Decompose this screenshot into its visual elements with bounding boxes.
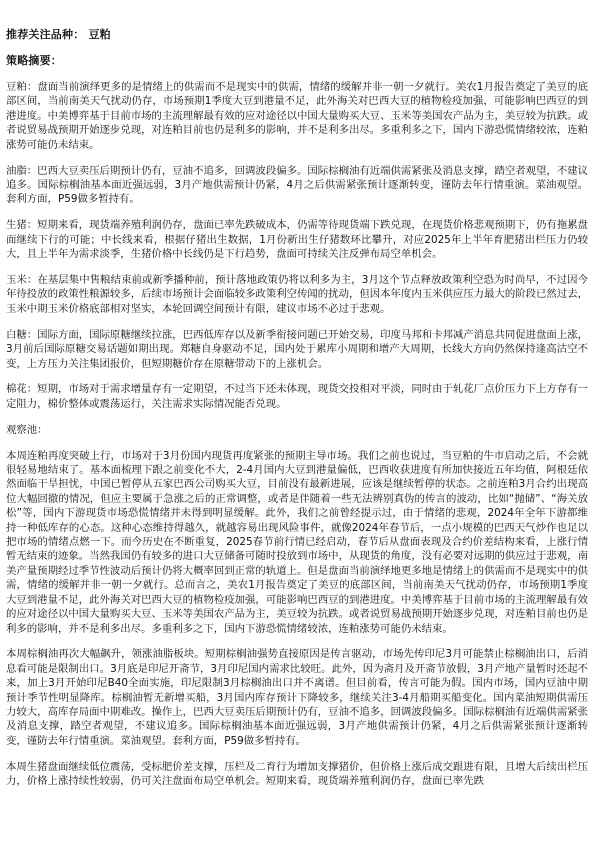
observation-paragraph-palm-oil: 本周棕榈油再次大幅飙升，领涨油脂板块。短期棕榈油强势直接原因是传言驱动，市场先传… — [6, 647, 588, 748]
strategy-item-sugar: 白糖：国际方面，国际原糖继续拉涨，巴西低库存以及新季衔接问题已开始交易，印度马邦… — [6, 328, 588, 371]
strategy-item-soymeal: 豆粕：盘面当前演绎更多的是情绪上的供需而不是现实中的供需，情绪的缓解并非一朝一夕… — [6, 80, 588, 152]
strategy-item-hogs: 生猪：短期来看，现货端养殖利润仍存，盘面已率先跌破成本，仍需等待现货端下跌兑现，… — [6, 218, 588, 261]
strategy-summary-heading: 策略摘要： — [6, 54, 588, 68]
strategy-summary-section: 豆粕：盘面当前演绎更多的是情绪上的供需而不是现实中的供需，情绪的缓解并非一朝一夕… — [6, 80, 588, 411]
strategy-item-cotton: 棉花：短期，市场对于需求增量存有一定期望，不过当下还未体现，现货交投相对平淡，同… — [6, 382, 588, 411]
strategy-item-oils: 油脂：巴西大豆卖压后期预计仍有，豆油不追多，回调波段偏多。国际棕榈油有近端供需紧… — [6, 164, 588, 207]
recommendation-heading: 推荐关注品种： 豆粕 — [6, 28, 588, 42]
observation-pool-section: 本周连粕再度突破上行，市场对于3月份国内现货再度紧张的预期主导市场。我们之前也说… — [6, 449, 588, 789]
strategy-item-corn: 玉米：在基层集中售粮结束前或新季播种前，预计落地政策仍将以利多为主，3月这个节点… — [6, 273, 588, 316]
observation-paragraph-soymeal: 本周连粕再度突破上行，市场对于3月份国内现货再度紧张的预期主导市场。我们之前也说… — [6, 449, 588, 636]
report-page: 推荐关注品种： 豆粕 策略摘要： 豆粕：盘面当前演绎更多的是情绪上的供需而不是现… — [6, 28, 588, 800]
recommendation-value: 豆粕 — [88, 28, 110, 41]
observation-pool-heading: 观察池： — [6, 423, 588, 437]
recommendation-label: 推荐关注品种： — [6, 28, 84, 41]
observation-paragraph-hogs: 本周生猪盘面继续低位震荡，受标肥价差支撑，压栏及二育行为增加支撑猪价，但价格上涨… — [6, 760, 588, 789]
